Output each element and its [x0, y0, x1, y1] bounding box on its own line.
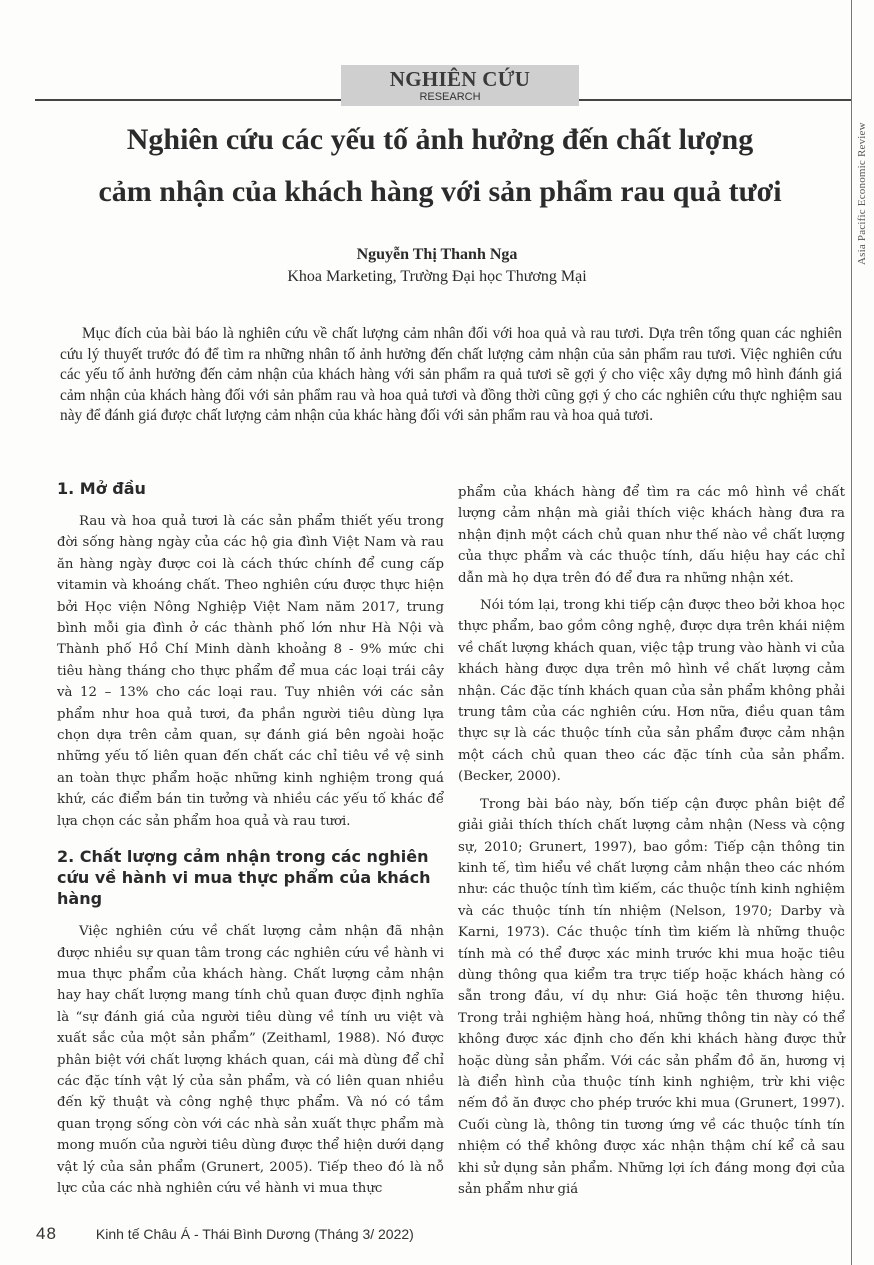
article-title: Nghiên cứu các yếu tố ảnh hưởng đến chất…: [40, 114, 840, 218]
heading-introduction: 1. Mở đầu: [57, 478, 444, 499]
header-rule-right: [578, 99, 851, 101]
header-rule-left: [35, 99, 342, 101]
paragraph: phẩm của khách hàng để tìm ra các mô hìn…: [458, 482, 845, 589]
section-label-vi: NGHIÊN CỨU: [341, 67, 579, 91]
paragraph: Việc nghiên cứu về chất lượng cảm nhận đ…: [57, 921, 444, 1199]
left-column: 1. Mở đầu Rau và hoa quả tươi là các sản…: [57, 478, 444, 1199]
abstract: Mục đích của bài báo là nghiên cứu về ch…: [60, 324, 842, 427]
page-number: 48: [36, 1224, 92, 1244]
journal-issue: Kinh tế Châu Á - Thái Bình Dương (Tháng …: [96, 1226, 414, 1242]
paragraph: Rau và hoa quả tươi là các sản phẩm thiế…: [57, 511, 444, 832]
right-margin-rule: [851, 0, 852, 1265]
title-line-2: cảm nhận của khách hàng với sản phẩm rau…: [40, 166, 840, 218]
author-affiliation: Khoa Marketing, Trường Đại học Thương Mạ…: [0, 268, 874, 286]
section-label-en: RESEARCH: [321, 91, 579, 103]
page-footer: 48 Kinh tế Châu Á - Thái Bình Dương (Thá…: [36, 1224, 414, 1244]
paragraph: Nói tóm lại, trong khi tiếp cận được the…: [458, 595, 845, 788]
section-tag: NGHIÊN CỨU RESEARCH: [341, 65, 579, 106]
journal-side-label: Asia Pacific Economic Review: [856, 122, 868, 265]
heading-section-2: 2. Chất lượng cảm nhận trong các nghiên …: [57, 846, 444, 909]
right-column: phẩm của khách hàng để tìm ra các mô hìn…: [458, 482, 845, 1200]
author-name: Nguyễn Thị Thanh Nga: [0, 246, 874, 264]
title-line-1: Nghiên cứu các yếu tố ảnh hưởng đến chất…: [40, 114, 840, 166]
paragraph: Trong bài báo này, bốn tiếp cận được phâ…: [458, 794, 845, 1201]
